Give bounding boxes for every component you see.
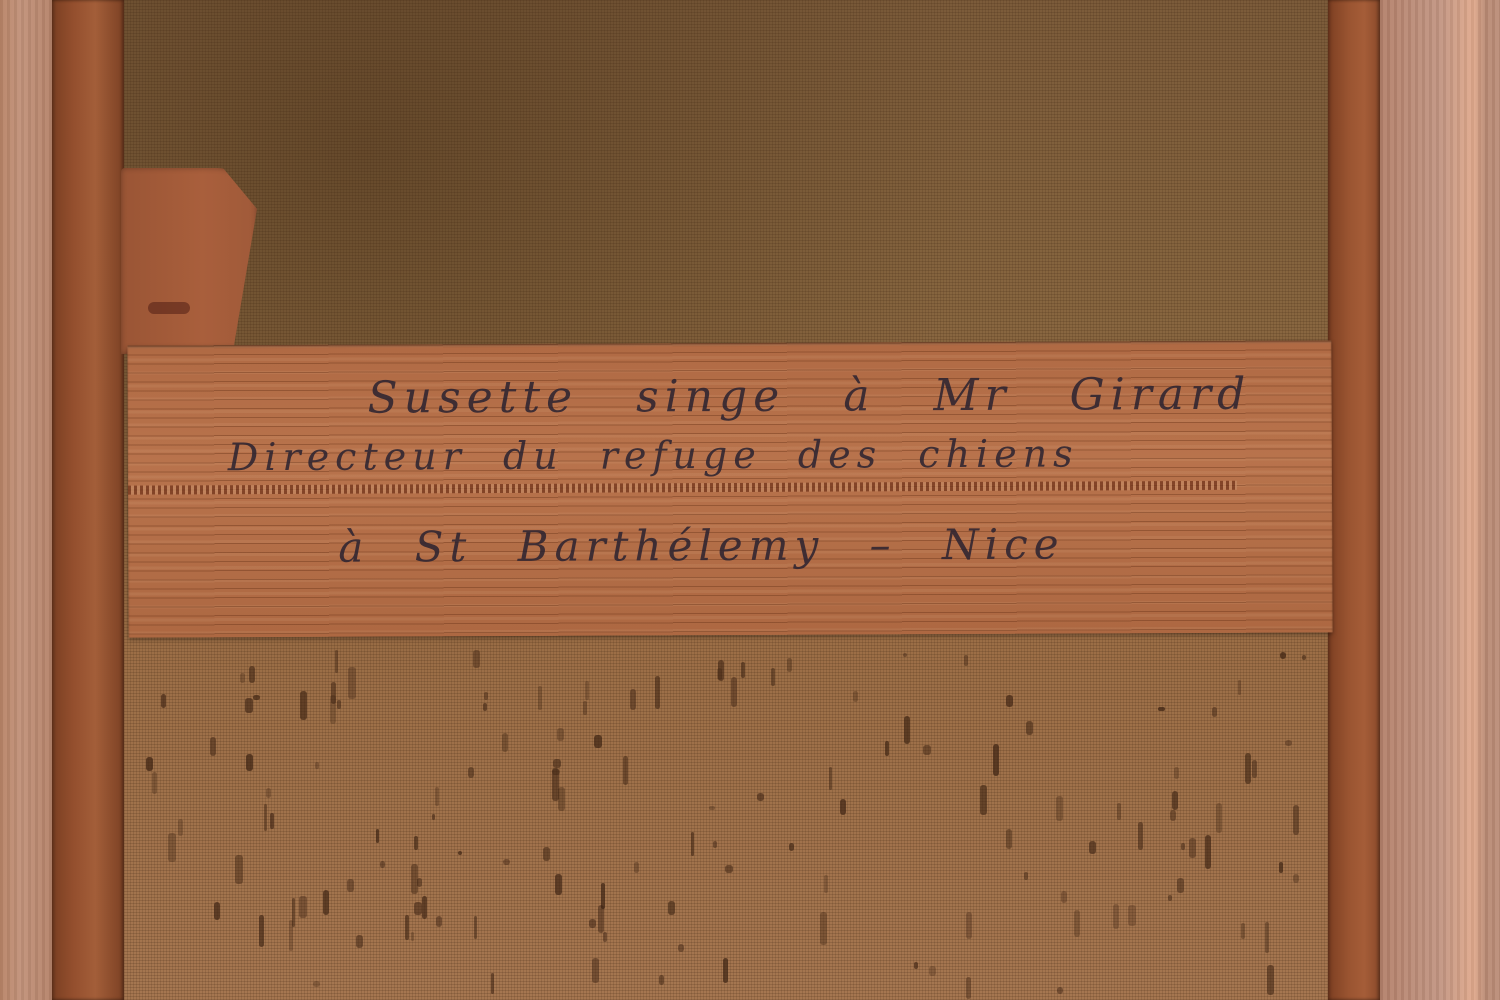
canvas-stain — [266, 788, 271, 799]
canvas-stain — [491, 973, 495, 995]
canvas-stain — [411, 864, 419, 895]
canvas-stain — [853, 691, 858, 703]
canvas-stain — [980, 785, 987, 815]
canvas-stain — [1006, 829, 1012, 849]
stretcher-bar-right — [1328, 0, 1380, 1000]
canvas-stain — [1293, 805, 1299, 835]
canvas-stain — [299, 896, 307, 918]
canvas-stain — [1293, 874, 1299, 883]
canvas-stain — [436, 916, 442, 928]
canvas-stain — [903, 653, 907, 658]
canvas-stain — [270, 813, 273, 829]
canvas-stain — [348, 667, 356, 699]
canvas-stain — [214, 902, 220, 920]
canvas-stain — [678, 944, 683, 951]
canvas-stain — [824, 875, 827, 894]
canvas-stain — [1057, 987, 1062, 994]
canvas-stain — [264, 804, 267, 831]
canvas-stain — [585, 681, 589, 701]
canvas-stain — [1189, 838, 1196, 857]
canvas-stain — [623, 756, 628, 785]
canvas-stain — [376, 829, 379, 842]
canvas-stain — [583, 701, 587, 716]
canvas-stain — [1006, 695, 1013, 707]
canvas-stain — [323, 890, 329, 915]
canvas-stain — [723, 958, 728, 982]
canvas-stain — [691, 832, 694, 856]
canvas-stain — [1056, 796, 1063, 821]
canvas-stain — [668, 901, 676, 915]
canvas-stain — [246, 754, 252, 771]
canvas-stain — [411, 932, 414, 941]
canvas-stain — [210, 737, 216, 756]
canvas-stain — [1181, 843, 1185, 850]
canvas-stain — [1074, 910, 1080, 938]
canvas-stain — [771, 668, 775, 686]
canvas-stain — [929, 966, 936, 976]
canvas-stain — [634, 862, 639, 874]
canvas-stain — [1113, 904, 1119, 929]
canvas-stain — [240, 673, 245, 683]
canvas-stain — [1138, 822, 1143, 850]
canvas-stain — [914, 962, 918, 969]
canvas-stain — [1205, 835, 1211, 869]
canvas-stain — [458, 851, 462, 855]
canvas-stain — [966, 977, 971, 999]
frame-moulding-right — [1380, 0, 1500, 1000]
canvas-stain — [503, 859, 509, 865]
canvas-stain — [484, 692, 488, 700]
canvas-stain — [553, 759, 561, 768]
corner-key-wedge — [121, 168, 257, 354]
canvas-stain — [292, 898, 295, 928]
canvas-stain — [543, 847, 550, 861]
canvas-stain — [603, 932, 608, 941]
canvas-stain — [589, 919, 596, 928]
canvas-stain — [1241, 923, 1244, 939]
canvas-stain — [483, 703, 487, 711]
canvas-stain — [1245, 753, 1251, 783]
stretcher-crossbar: Susette singe à Mr Girard Directeur du r… — [127, 340, 1332, 637]
canvas-stain — [1177, 878, 1184, 893]
canvas-stain — [356, 935, 363, 948]
canvas-stain — [337, 700, 341, 709]
canvas-stain — [1279, 862, 1283, 873]
painting-reverse-photo: Susette singe à Mr Girard Directeur du r… — [0, 0, 1500, 1000]
canvas-stain — [655, 676, 661, 709]
canvas-stain — [502, 733, 508, 753]
canvas-stain — [555, 874, 562, 895]
canvas-stain — [253, 695, 260, 699]
canvas-stain — [235, 855, 243, 884]
canvas-stain — [474, 916, 477, 940]
canvas-stain — [249, 666, 255, 682]
canvas-stain — [1170, 810, 1176, 821]
canvas-stain — [435, 787, 440, 806]
canvas-stain — [757, 793, 764, 801]
canvas-stain — [1280, 652, 1286, 659]
inscription-line-2: Directeur du refuge des chiens — [228, 431, 1079, 479]
canvas-stain — [725, 865, 733, 873]
canvas-stain — [347, 879, 354, 892]
canvas-stain — [168, 833, 175, 862]
canvas-stain — [414, 902, 422, 915]
canvas-stain — [904, 716, 911, 744]
canvas-stain — [405, 915, 409, 940]
canvas-stain — [315, 762, 320, 769]
canvas-stain — [245, 698, 253, 713]
canvas-stain — [1238, 680, 1241, 695]
canvas-stain — [594, 735, 602, 748]
canvas-stain — [1267, 965, 1274, 995]
canvas-stain — [380, 861, 385, 869]
canvas-stain — [335, 650, 338, 673]
canvas-stain — [146, 757, 153, 770]
canvas-stain — [468, 767, 475, 778]
inscription-line-1: Susette singe à Mr Girard — [367, 369, 1251, 424]
canvas-stain — [592, 958, 599, 983]
canvas-stain — [152, 772, 157, 794]
canvas-stain — [1158, 707, 1165, 711]
canvas-stain — [820, 912, 827, 945]
inscription-line-3: à St Barthélemy – Nice — [338, 520, 1064, 572]
canvas-stain — [1174, 767, 1178, 778]
canvas-stain — [709, 806, 715, 810]
stain-mark — [148, 302, 190, 314]
canvas-stain — [789, 843, 794, 851]
stretcher-bar-left — [52, 0, 124, 1000]
canvas-stain — [598, 905, 604, 932]
canvas-stain — [1128, 905, 1136, 926]
frame-moulding-left — [0, 0, 52, 1000]
canvas-stain — [558, 787, 565, 811]
canvas-stain — [300, 691, 307, 720]
canvas-stain — [713, 841, 717, 848]
canvas-stain — [330, 695, 336, 723]
canvas-stain — [557, 728, 564, 741]
canvas-stain — [473, 650, 480, 668]
canvas-stain — [1285, 740, 1292, 746]
canvas-stain — [840, 799, 846, 814]
canvas-stain — [923, 745, 931, 754]
canvas-stain — [1089, 841, 1096, 854]
canvas-stain — [659, 975, 664, 985]
canvas-stain — [1117, 803, 1121, 820]
canvas-stain — [161, 694, 167, 708]
canvas-stain — [1061, 891, 1067, 903]
canvas-stain — [787, 658, 792, 672]
canvas-stain — [414, 836, 418, 850]
canvas-stain — [829, 767, 832, 790]
canvas-stain — [1168, 895, 1173, 901]
canvas-stain — [313, 981, 320, 987]
canvas-stain — [741, 662, 745, 678]
canvas-stain — [1216, 803, 1221, 833]
canvas-stain — [538, 686, 542, 711]
canvas-stain — [259, 915, 264, 947]
wood-crack — [128, 481, 1237, 495]
canvas-stain — [422, 896, 427, 919]
canvas-stain — [885, 741, 888, 756]
canvas-stain — [630, 689, 636, 710]
canvas-stain — [1026, 721, 1033, 735]
canvas-stain — [432, 814, 436, 820]
canvas-stain — [966, 912, 972, 938]
canvas-stain — [1172, 791, 1179, 810]
canvas-stain — [993, 744, 999, 776]
canvas-stain — [178, 819, 184, 836]
canvas-stain — [964, 655, 968, 666]
canvas-stain — [1212, 707, 1218, 717]
canvas-stain — [1252, 760, 1257, 777]
canvas-stain — [731, 677, 737, 707]
canvas-stain — [718, 660, 725, 681]
canvas-stain — [1265, 922, 1269, 954]
canvas-stain — [1302, 655, 1306, 660]
canvas-stain — [1024, 872, 1028, 880]
